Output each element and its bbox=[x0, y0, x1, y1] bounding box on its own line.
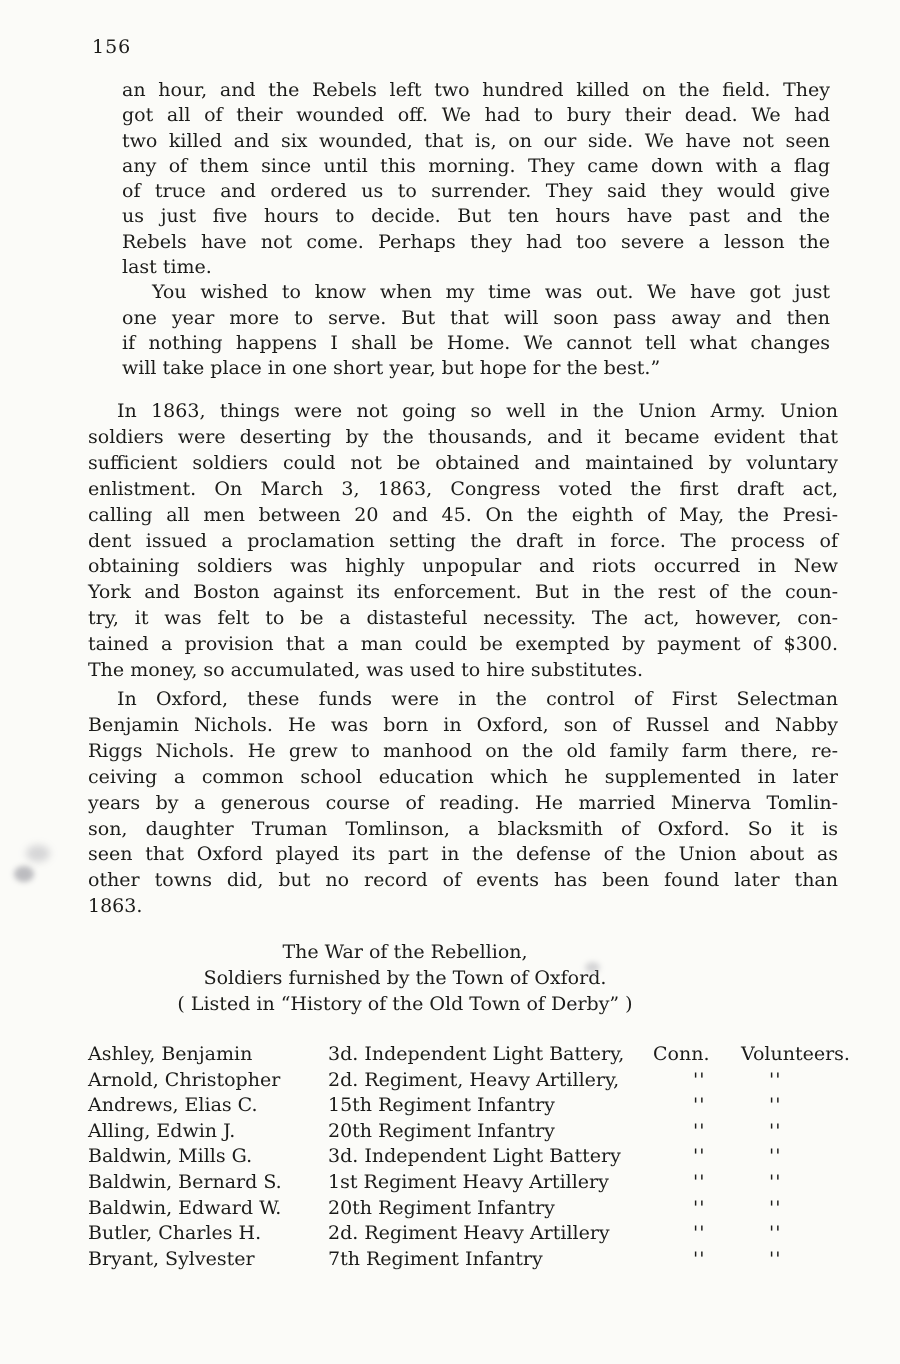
roster-name: Baldwin, Bernard S. bbox=[88, 1170, 328, 1196]
roster-state: '' bbox=[653, 1196, 741, 1222]
roster-org: '' bbox=[741, 1221, 871, 1247]
roster-state: '' bbox=[653, 1247, 741, 1273]
roster-unit: 20th Regiment Infantry bbox=[328, 1119, 653, 1145]
text-line: years by a generous course of reading. H… bbox=[88, 791, 838, 817]
roster-row: Arnold, Christopher2d. Regiment, Heavy A… bbox=[88, 1068, 871, 1094]
roster-state: '' bbox=[653, 1144, 741, 1170]
text-line: got all of their wounded off. We had to … bbox=[122, 103, 830, 128]
text-line: two killed and six wounded, that is, on … bbox=[122, 129, 830, 154]
text-line: will take place in one short year, but h… bbox=[122, 356, 830, 381]
text-line: tained a provision that a man could be e… bbox=[88, 632, 838, 658]
text-line: if nothing happens I shall be Home. We c… bbox=[122, 331, 830, 356]
text-line: York and Boston against its enforcement.… bbox=[88, 580, 838, 606]
text-line: us just five hours to decide. But ten ho… bbox=[122, 204, 830, 229]
roster-row: Baldwin, Bernard S.1st Regiment Heavy Ar… bbox=[88, 1170, 871, 1196]
roster-unit: 2d. Regiment Heavy Artillery bbox=[328, 1221, 653, 1247]
text-line: sufficient soldiers could not be obtaine… bbox=[88, 451, 838, 477]
text-line: ceiving a common school education which … bbox=[88, 765, 838, 791]
paragraph-oxford-funds: In Oxford, these funds were in the contr… bbox=[88, 687, 838, 920]
roster-name: Bryant, Sylvester bbox=[88, 1247, 328, 1273]
text-line: 1863. bbox=[88, 894, 838, 920]
roster-unit: 15th Regiment Infantry bbox=[328, 1093, 653, 1119]
scanned-book-page: 156 an hour, and the Rebels left two hun… bbox=[0, 0, 900, 1364]
roster-row: Butler, Charles H.2d. Regiment Heavy Art… bbox=[88, 1221, 871, 1247]
roster-name: Alling, Edwin J. bbox=[88, 1119, 328, 1145]
text-line: Riggs Nichols. He grew to manhood on the… bbox=[88, 739, 838, 765]
roster-row: Alling, Edwin J.20th Regiment Infantry''… bbox=[88, 1119, 871, 1145]
roster-org: '' bbox=[741, 1247, 871, 1273]
roster-heading-line-3: ( Listed in “History of the Old Town of … bbox=[60, 991, 750, 1017]
page-number: 156 bbox=[92, 36, 131, 58]
roster-heading-line-2: Soldiers furnished by the Town of Oxford… bbox=[60, 965, 750, 991]
roster-unit: 20th Regiment Infantry bbox=[328, 1196, 653, 1222]
text-line: In 1863, things were not going so well i… bbox=[88, 399, 838, 425]
text-line: son, daughter Truman Tomlinson, a blacks… bbox=[88, 817, 838, 843]
roster-state: '' bbox=[653, 1170, 741, 1196]
text-line: soldiers were deserting by the thousands… bbox=[88, 425, 838, 451]
text-line: seen that Oxford played its part in the … bbox=[88, 842, 838, 868]
roster-org: '' bbox=[741, 1144, 871, 1170]
roster-state: Conn. bbox=[653, 1042, 741, 1068]
text-line: last time. bbox=[122, 255, 830, 280]
roster-row: Baldwin, Edward W.20th Regiment Infantry… bbox=[88, 1196, 871, 1222]
text-line: one year more to serve. But that will so… bbox=[122, 306, 830, 331]
text-line: Benjamin Nichols. He was born in Oxford,… bbox=[88, 713, 838, 739]
text-line: an hour, and the Rebels left two hundred… bbox=[122, 78, 830, 103]
roster-org: '' bbox=[741, 1119, 871, 1145]
letter-excerpt: an hour, and the Rebels left two hundred… bbox=[122, 78, 830, 382]
text-line: of truce and ordered us to surrender. Th… bbox=[122, 179, 830, 204]
text-line: dent issued a proclamation setting the d… bbox=[88, 529, 838, 555]
roster-org: Volunteers. bbox=[741, 1042, 871, 1068]
text-line: obtaining soldiers was highly unpopular … bbox=[88, 554, 838, 580]
roster-org: '' bbox=[741, 1093, 871, 1119]
roster-name: Baldwin, Edward W. bbox=[88, 1196, 328, 1222]
roster-unit: 3d. Independent Light Battery bbox=[328, 1144, 653, 1170]
text-line: In Oxford, these funds were in the contr… bbox=[88, 687, 838, 713]
roster-org: '' bbox=[741, 1170, 871, 1196]
roster-state: '' bbox=[653, 1119, 741, 1145]
scan-smudge bbox=[26, 845, 50, 862]
roster-state: '' bbox=[653, 1093, 741, 1119]
roster-unit: 2d. Regiment, Heavy Artillery, bbox=[328, 1068, 653, 1094]
roster-unit: 7th Regiment Infantry bbox=[328, 1247, 653, 1273]
roster-name: Arnold, Christopher bbox=[88, 1068, 328, 1094]
text-line: Rebels have not come. Perhaps they had t… bbox=[122, 230, 830, 255]
text-line: other towns did, but no record of events… bbox=[88, 868, 838, 894]
text-line: try, it was felt to be a distasteful nec… bbox=[88, 606, 838, 632]
roster-row: Bryant, Sylvester7th Regiment Infantry''… bbox=[88, 1247, 871, 1273]
roster-state: '' bbox=[653, 1068, 741, 1094]
text-line: calling all men between 20 and 45. On th… bbox=[88, 503, 838, 529]
roster-heading-line-1: The War of the Rebellion, bbox=[60, 939, 750, 965]
roster-unit: 1st Regiment Heavy Artillery bbox=[328, 1170, 653, 1196]
text-line: The money, so accumulated, was used to h… bbox=[88, 658, 838, 684]
roster-state: '' bbox=[653, 1221, 741, 1247]
roster-row: Baldwin, Mills G.3d. Independent Light B… bbox=[88, 1144, 871, 1170]
text-line: You wished to know when my time was out.… bbox=[122, 280, 830, 305]
paragraph-draft-act: In 1863, things were not going so well i… bbox=[88, 399, 838, 684]
roster-name: Andrews, Elias C. bbox=[88, 1093, 328, 1119]
soldiers-roster: Ashley, Benjamin3d. Independent Light Ba… bbox=[88, 1042, 871, 1272]
text-line: any of them since until this morning. Th… bbox=[122, 154, 830, 179]
roster-heading: The War of the Rebellion, Soldiers furni… bbox=[60, 939, 750, 1017]
scan-smudge bbox=[14, 866, 34, 882]
roster-row: Andrews, Elias C.15th Regiment Infantry'… bbox=[88, 1093, 871, 1119]
roster-name: Baldwin, Mills G. bbox=[88, 1144, 328, 1170]
roster-name: Butler, Charles H. bbox=[88, 1221, 328, 1247]
roster-name: Ashley, Benjamin bbox=[88, 1042, 328, 1068]
roster-unit: 3d. Independent Light Battery, bbox=[328, 1042, 653, 1068]
roster-row: Ashley, Benjamin3d. Independent Light Ba… bbox=[88, 1042, 871, 1068]
roster-org: '' bbox=[741, 1068, 871, 1094]
text-line: enlistment. On March 3, 1863, Congress v… bbox=[88, 477, 838, 503]
roster-org: '' bbox=[741, 1196, 871, 1222]
